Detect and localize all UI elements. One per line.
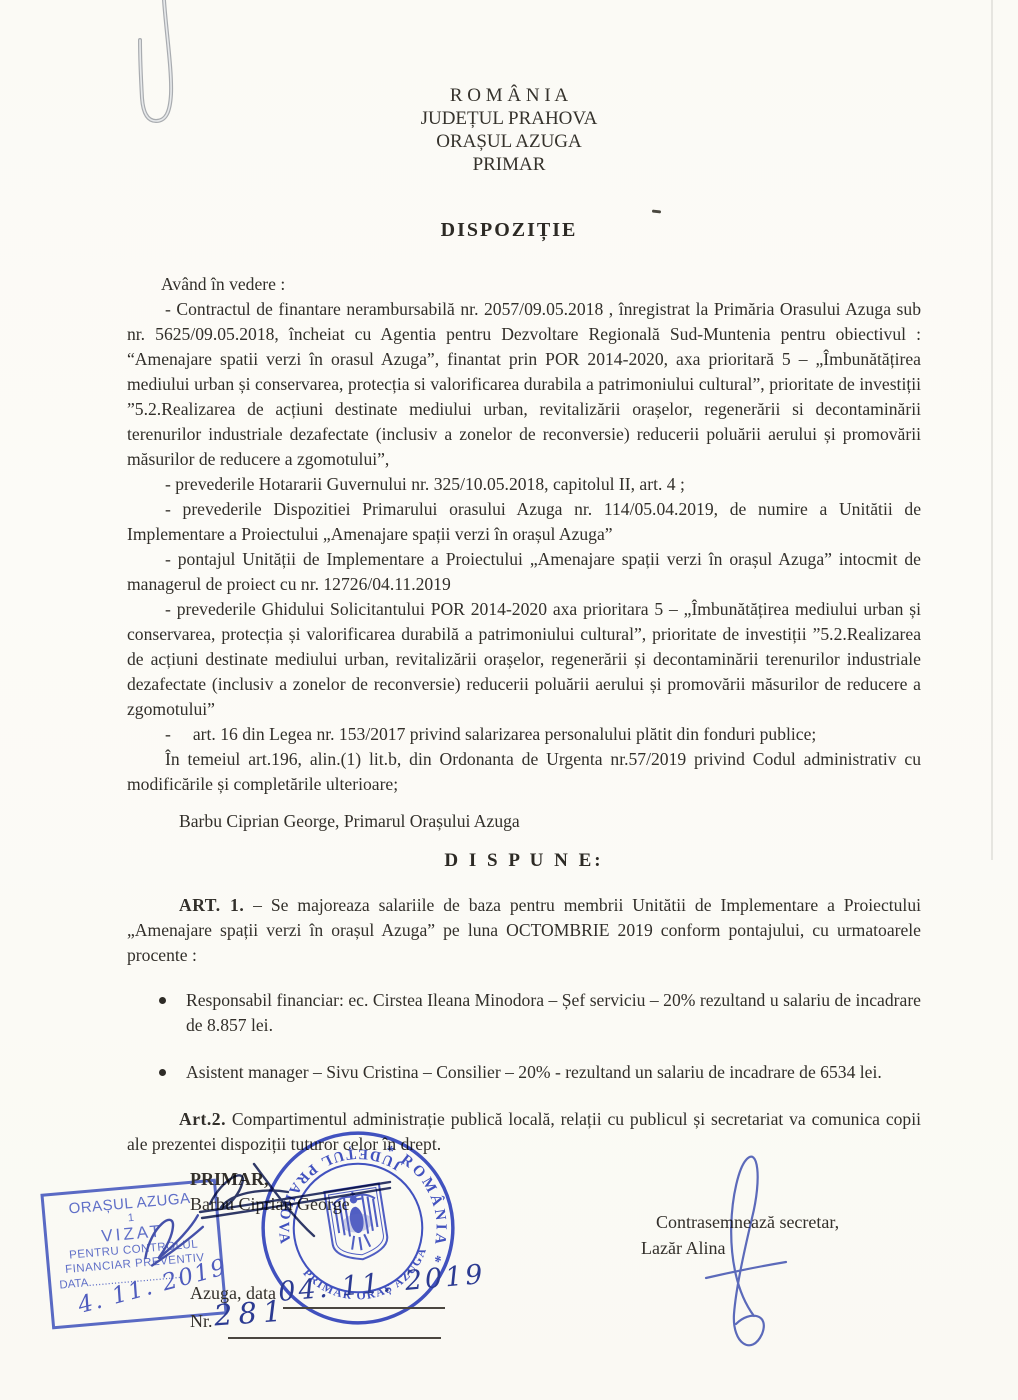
consideration-paragraph: - Contractul de finantare nerambursabilă… <box>127 297 921 472</box>
consideration-paragraph: - art. 16 din Legea nr. 153/2017 privind… <box>127 722 921 747</box>
intro-line: Având în vedere : <box>127 272 921 297</box>
date-underline <box>283 1307 445 1309</box>
article-1-text: – Se majoreaza salariile de baza pentru … <box>127 895 921 965</box>
secretar-signature-scribble <box>688 1148 808 1363</box>
article-1-label: ART. 1. <box>179 895 244 915</box>
salary-bullet-list: Responsabil financiar: ec. Cirstea Ilean… <box>155 988 921 1085</box>
scanned-document-page: R O M Â N I A JUDEȚUL PRAHOVA ORAȘUL AZU… <box>0 0 1018 1400</box>
consideration-paragraph: - prevederile Dispozitiei Primarului ora… <box>127 497 921 547</box>
number-underline <box>228 1337 441 1339</box>
bullet-icon <box>159 997 166 1004</box>
article-1: ART. 1. – Se majoreaza salariile de baza… <box>127 893 921 968</box>
legal-basis-paragraph: În temeiul art.196, alin.(1) lit.b, din … <box>127 747 921 797</box>
article-2-label: Art.2. <box>179 1109 226 1129</box>
number-label: Nr. <box>190 1311 213 1332</box>
bullet-text: Asistent manager – Sivu Cristina – Consi… <box>186 1060 921 1085</box>
letterhead-city: ORAȘUL AZUGA <box>0 130 1018 153</box>
consideration-paragraph: - prevederile Hotararii Guvernului nr. 3… <box>127 472 921 497</box>
letterhead-country: R O M Â N I A <box>0 84 1018 107</box>
primar-signature-scribble <box>196 1152 396 1247</box>
bullet-text: Responsabil financiar: ec. Cirstea Ilean… <box>186 988 921 1038</box>
letterhead-office: PRIMAR <box>0 153 1018 176</box>
stray-pen-mark <box>652 210 661 214</box>
consideration-paragraph: - pontajul Unității de Implementare a Pr… <box>127 547 921 597</box>
dispune-heading: D I S P U N E: <box>127 848 921 873</box>
handwritten-number: 281 <box>213 1293 289 1332</box>
list-item: Responsabil financiar: ec. Cirstea Ilean… <box>155 988 921 1038</box>
issuer-line: Barbu Ciprian George, Primarul Orașului … <box>127 809 921 834</box>
bullet-icon <box>159 1069 166 1076</box>
document-title: DISPOZIȚIE <box>0 219 1018 242</box>
document-body: Având în vedere : - Contractul de finant… <box>127 272 921 1157</box>
list-item: Asistent manager – Sivu Cristina – Consi… <box>155 1060 921 1085</box>
letterhead-county: JUDEȚUL PRAHOVA <box>0 107 1018 130</box>
consideration-paragraph: - prevederile Ghidului Solicitantului PO… <box>127 597 921 722</box>
letterhead: R O M Â N I A JUDEȚUL PRAHOVA ORAȘUL AZU… <box>0 84 1018 176</box>
